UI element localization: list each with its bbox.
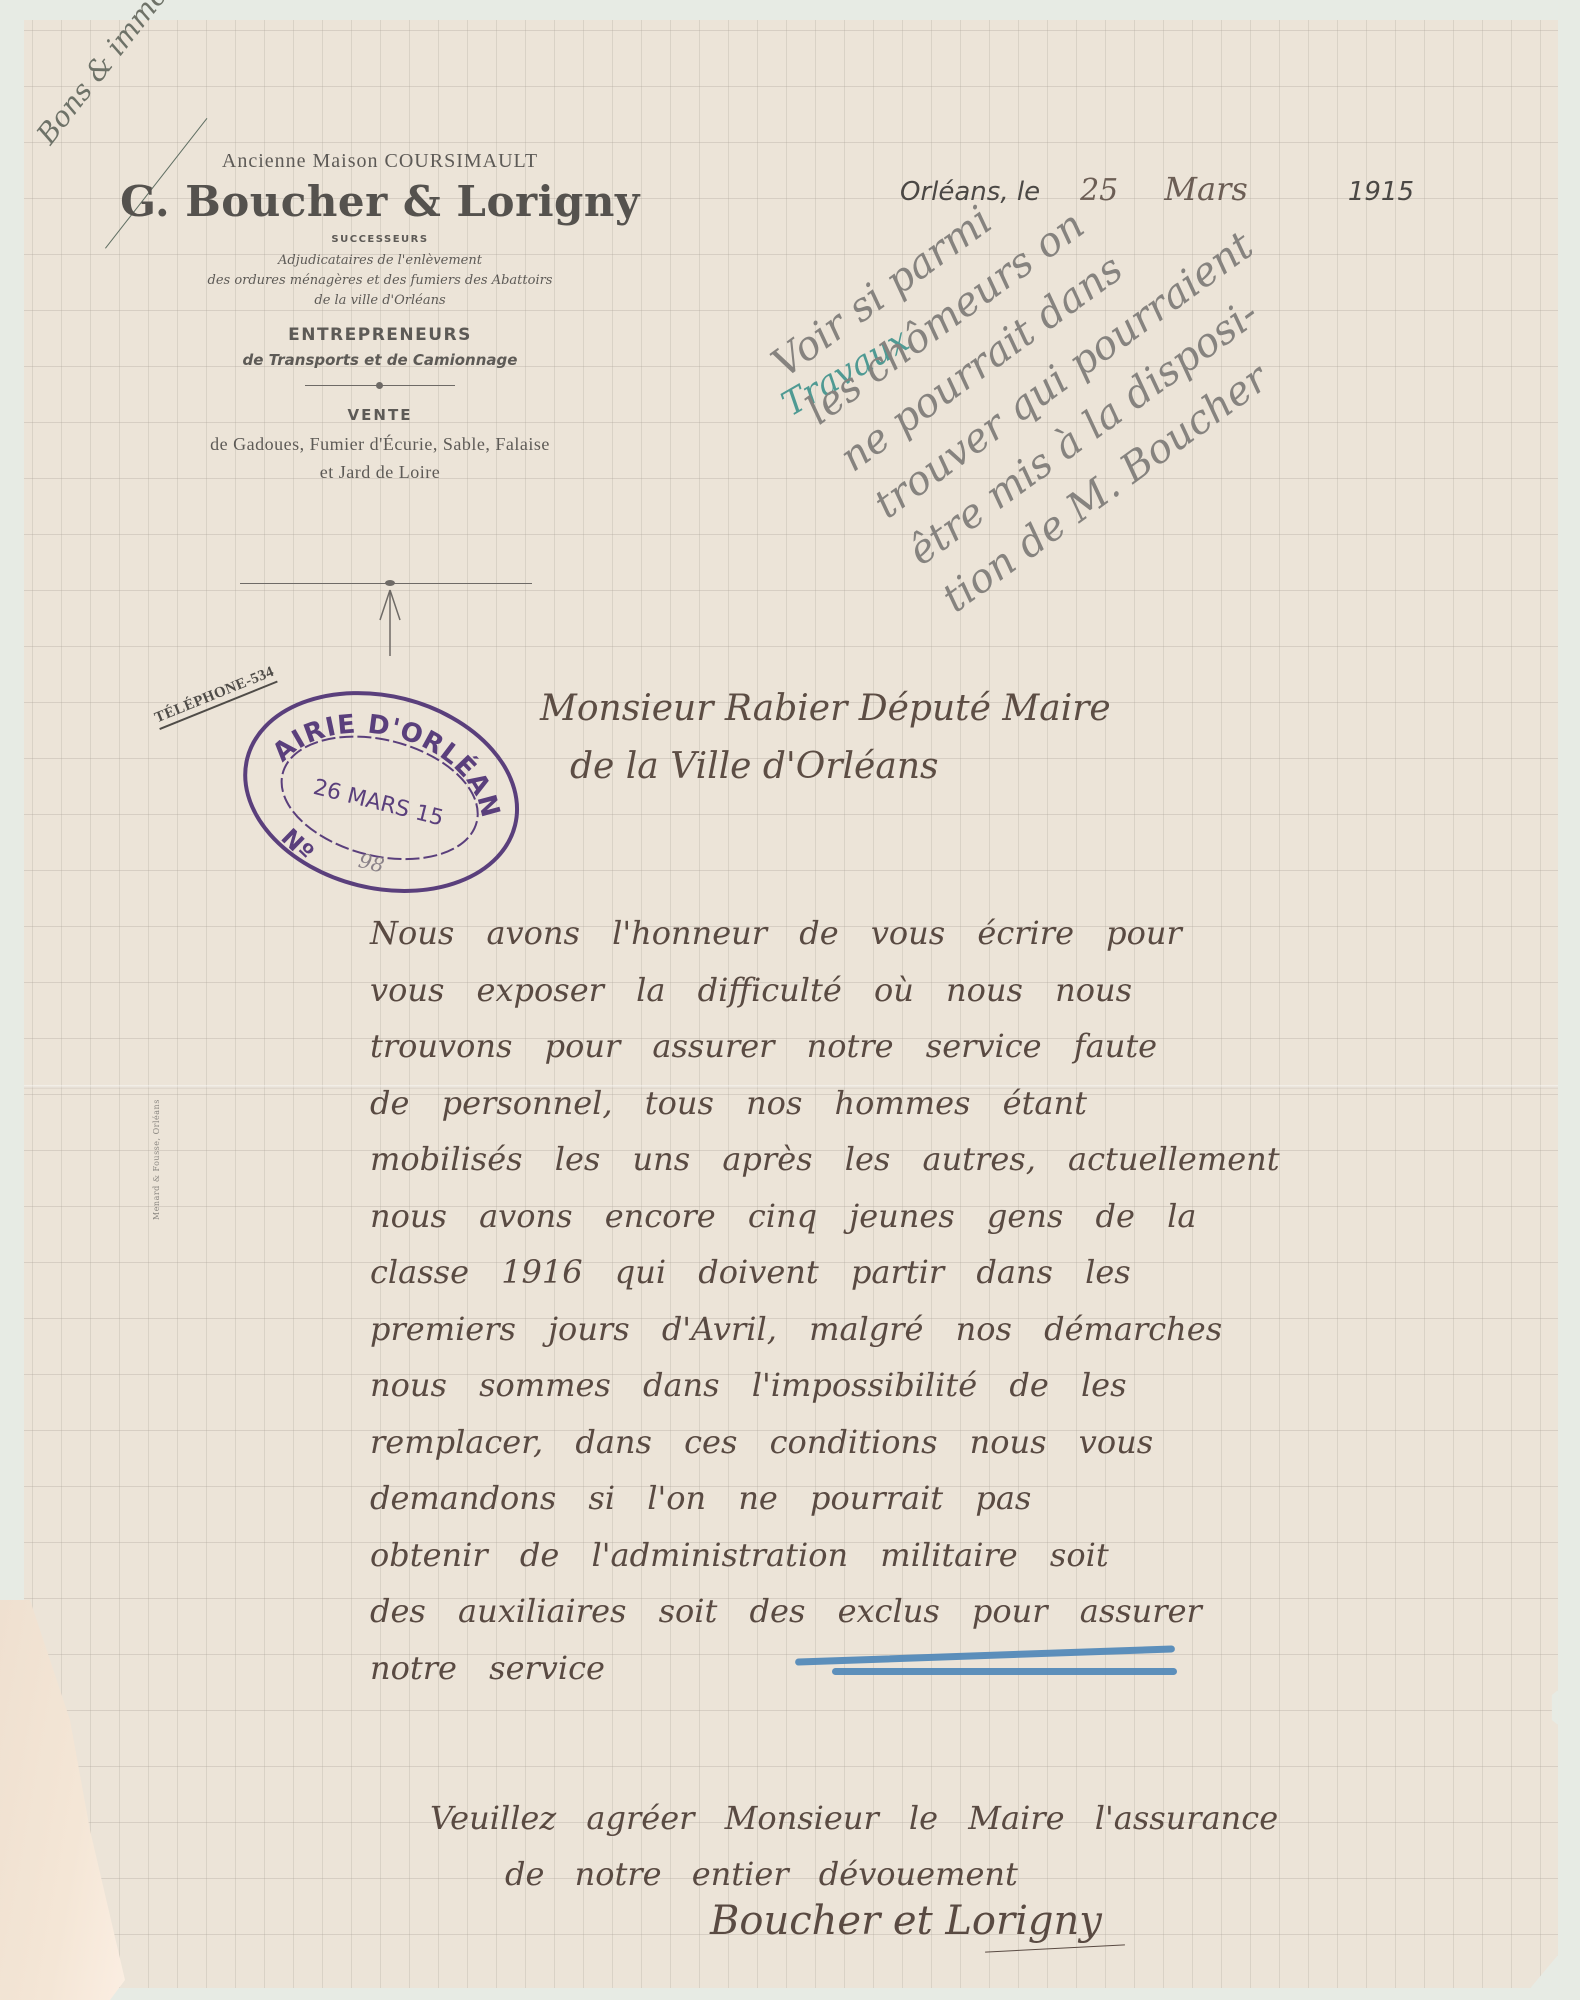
- body-line: premiers jours d'Avril, malgré nos démar…: [370, 1301, 1550, 1358]
- contract-line: de la ville d'Orléans: [110, 291, 650, 311]
- sale-products: de Gadoues, Fumier d'Écurie, Sable, Fala…: [110, 430, 650, 486]
- body-line: classe 1916 qui doivent partir dans les: [370, 1244, 1550, 1301]
- letterhead: Ancienne Maison COURSIMAULT G. Boucher &…: [110, 150, 650, 486]
- stamp-date: 26 MARS 15: [311, 775, 446, 831]
- body-line: mobilisés les uns après les autres, actu…: [370, 1131, 1550, 1188]
- address-line: Monsieur Rabier Député Maire: [540, 680, 1111, 738]
- address-line: de la Ville d'Orléans: [540, 738, 1111, 796]
- body-line: remplacer, dans ces conditions nous vous: [370, 1414, 1550, 1471]
- trade-heading: ENTREPRENEURS: [110, 325, 650, 345]
- firm-name: G. Boucher & Lorigny: [110, 177, 650, 226]
- letter-body: Nous avons l'honneur de vous écrire pour…: [370, 905, 1550, 1696]
- sale-heading: VENTE: [110, 406, 650, 424]
- body-line: vous exposer la difficulté où nous nous: [370, 962, 1550, 1019]
- body-line: obtenir de l'administration militaire so…: [370, 1527, 1550, 1584]
- contract-line: des ordures ménagères et des fumiers des…: [110, 271, 650, 291]
- contract-description: Adjudicataires de l'enlèvement des ordur…: [110, 251, 650, 311]
- rule-ornament-dot: [385, 580, 395, 586]
- body-line: Nous avons l'honneur de vous écrire pour: [370, 905, 1550, 962]
- date-year: 1915: [1348, 177, 1414, 207]
- sale-line: de Gadoues, Fumier d'Écurie, Sable, Fala…: [110, 430, 650, 458]
- body-line: trouvons pour assurer notre service faut…: [370, 1018, 1550, 1075]
- body-line: demandons si l'on ne pourrait pas: [370, 1470, 1550, 1527]
- printer-credit: Menard & Fousse, Orléans: [152, 1099, 161, 1220]
- recipient-address: Monsieur Rabier Député Maire de la Ville…: [540, 680, 1111, 796]
- successors-label: SUCCESSEURS: [110, 234, 650, 245]
- closing-line: Veuillez agréer Monsieur le Maire l'assu…: [430, 1790, 1278, 1846]
- signature: Boucher et Lorigny: [710, 1898, 1102, 1944]
- former-house-name: Ancienne Maison COURSIMAULT: [110, 150, 650, 173]
- body-line: nous avons encore cinq jeunes gens de la: [370, 1188, 1550, 1245]
- ornament-divider: [305, 385, 455, 386]
- closing-line: de notre entier dévouement: [430, 1846, 1278, 1902]
- body-line: de personnel, tous nos hommes étant: [370, 1075, 1550, 1132]
- trade-detail: de Transports et de Camionnage: [110, 351, 650, 369]
- body-line: des auxiliaires soit des exclus pour ass…: [370, 1583, 1550, 1640]
- blue-pencil-underline: [832, 1668, 1177, 1675]
- contract-line: Adjudicataires de l'enlèvement: [110, 251, 650, 271]
- stamp-number-value: 98: [356, 848, 387, 877]
- sale-line: et Jard de Loire: [110, 458, 650, 486]
- up-arrow-icon: [378, 588, 402, 658]
- letter-closing: Veuillez agréer Monsieur le Maire l'assu…: [430, 1790, 1278, 1902]
- body-line: nous sommes dans l'impossibilité de les: [370, 1357, 1550, 1414]
